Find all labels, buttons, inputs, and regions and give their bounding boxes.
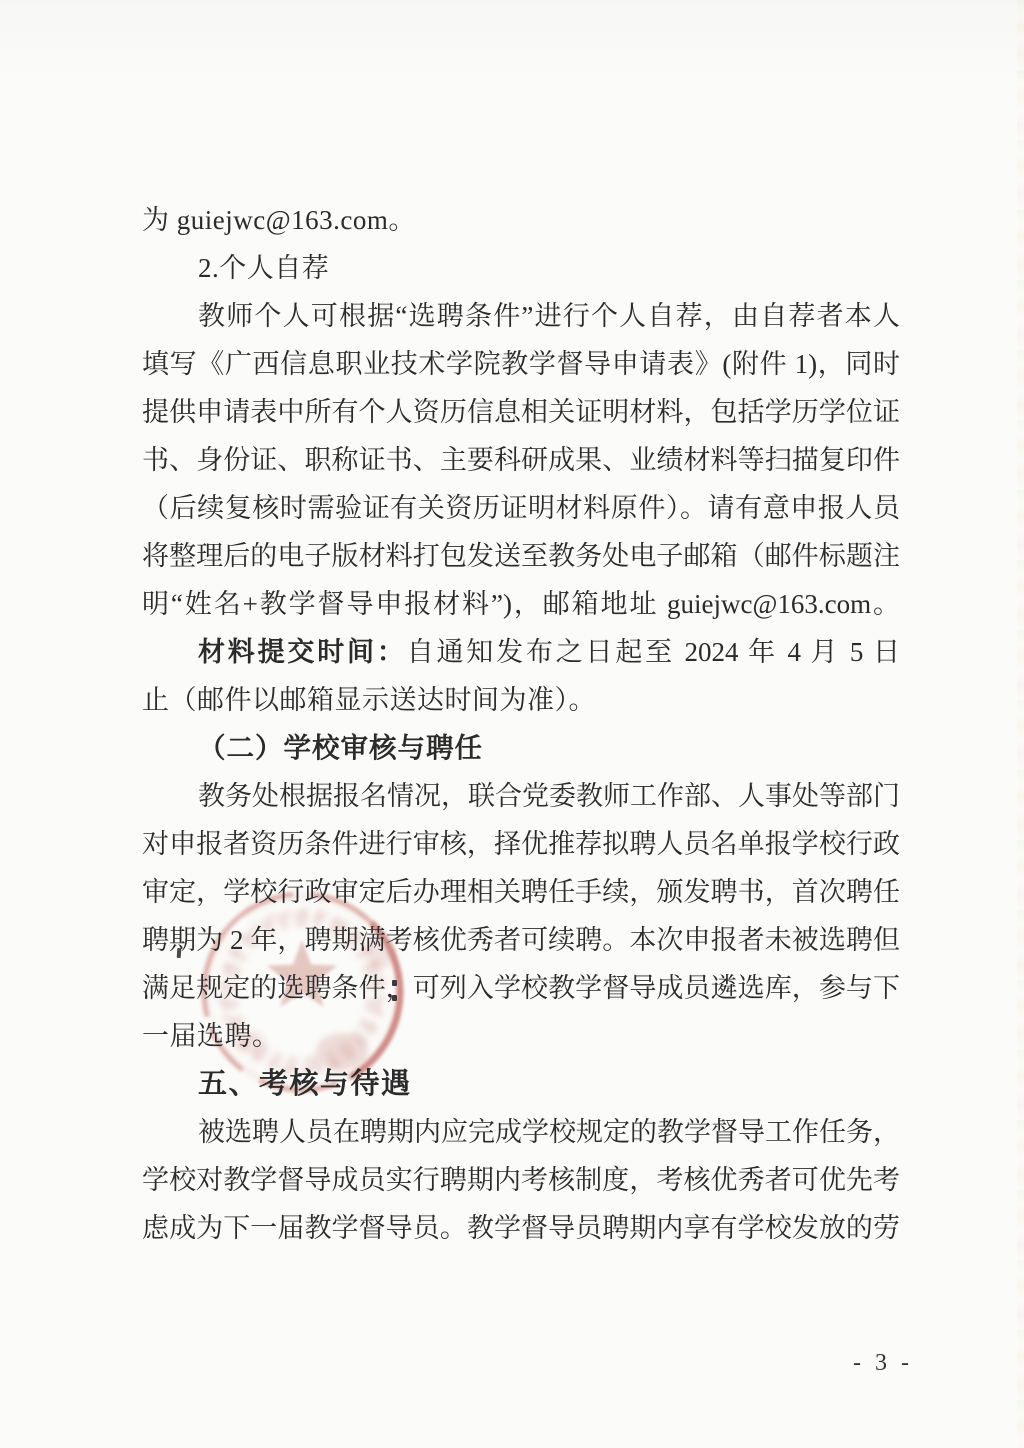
text-line: 学校对教学督导成员实行聘期内考核制度，考核优秀者可优先考 — [142, 1156, 900, 1204]
text-line-submission-deadline: 材料提交时间：自通知发布之日起至 2024 年 4 月 5 日 17:00 — [142, 628, 900, 676]
text-line-email-address: 明“姓名+教学督导申报材料”)，邮箱地址 guiejwc@163.com。 — [142, 580, 900, 628]
scan-artifact-colon — [392, 980, 398, 1006]
text-line-email-continuation: 为 guiejwc@163.com。 — [142, 196, 900, 244]
text-line: （后续复核时需验证有关资历证明材料原件）。请有意申报人员 — [142, 484, 900, 532]
text-line: 教师个人可根据“选聘条件”进行个人自荐，由自荐者本人 — [142, 292, 900, 340]
text-line: 聘期为 2 年，聘期满考核优秀者可续聘。本次申报者未被选聘但 — [142, 916, 900, 964]
text-line: 书、身份证、职称证书、主要科研成果、业绩材料等扫描复印件 — [142, 436, 900, 484]
scan-artifact-dash — [177, 948, 182, 958]
scanned-document-page: 为 guiejwc@163.com。 2.个人自荐 教师个人可根据“选聘条件”进… — [0, 0, 1024, 1448]
text-line: 提供申请表中所有个人资历信息相关证明材料，包括学历学位证 — [142, 388, 900, 436]
text-line: 止（邮件以邮箱显示送达时间为准）。 — [142, 676, 900, 724]
list-item-heading-self-recommend: 2.个人自荐 — [142, 244, 900, 292]
text-line: 对申报者资历条件进行审核，择优推荐拟聘人员名单报学校行政 — [142, 820, 900, 868]
deadline-label: 材料提交时间： — [198, 637, 407, 667]
text-line: 将整理后的电子版材料打包发送至教务处电子邮箱（邮件标题注 — [142, 532, 900, 580]
text-line: 教务处根据报名情况，联合党委教师工作部、人事处等部门 — [142, 772, 900, 820]
text-line: 填写《广西信息职业技术学院教学督导申请表》(附件 1)，同时 — [142, 340, 900, 388]
document-body-text: 为 guiejwc@163.com。 2.个人自荐 教师个人可根据“选聘条件”进… — [142, 196, 900, 1252]
scan-edge-noise — [1017, 0, 1024, 1448]
text-line: 虑成为下一届教学督导员。教学督导员聘期内享有学校发放的劳 — [142, 1204, 900, 1252]
text-line: 审定，学校行政审定后办理相关聘任手续，颁发聘书，首次聘任 — [142, 868, 900, 916]
subsection-heading-review-appointment: （二）学校审核与聘任 — [142, 724, 900, 772]
page-number: - 3 - — [838, 1350, 928, 1377]
text-line: 满足规定的选聘条件，可列入学校教学督导成员遴选库，参与下 — [142, 964, 900, 1012]
text-line: 一届选聘。 — [142, 1012, 900, 1060]
section-heading-assessment-benefits: 五、考核与待遇 — [142, 1060, 900, 1108]
text-line: 被选聘人员在聘期内应完成学校规定的教学督导工作任务， — [142, 1108, 900, 1156]
